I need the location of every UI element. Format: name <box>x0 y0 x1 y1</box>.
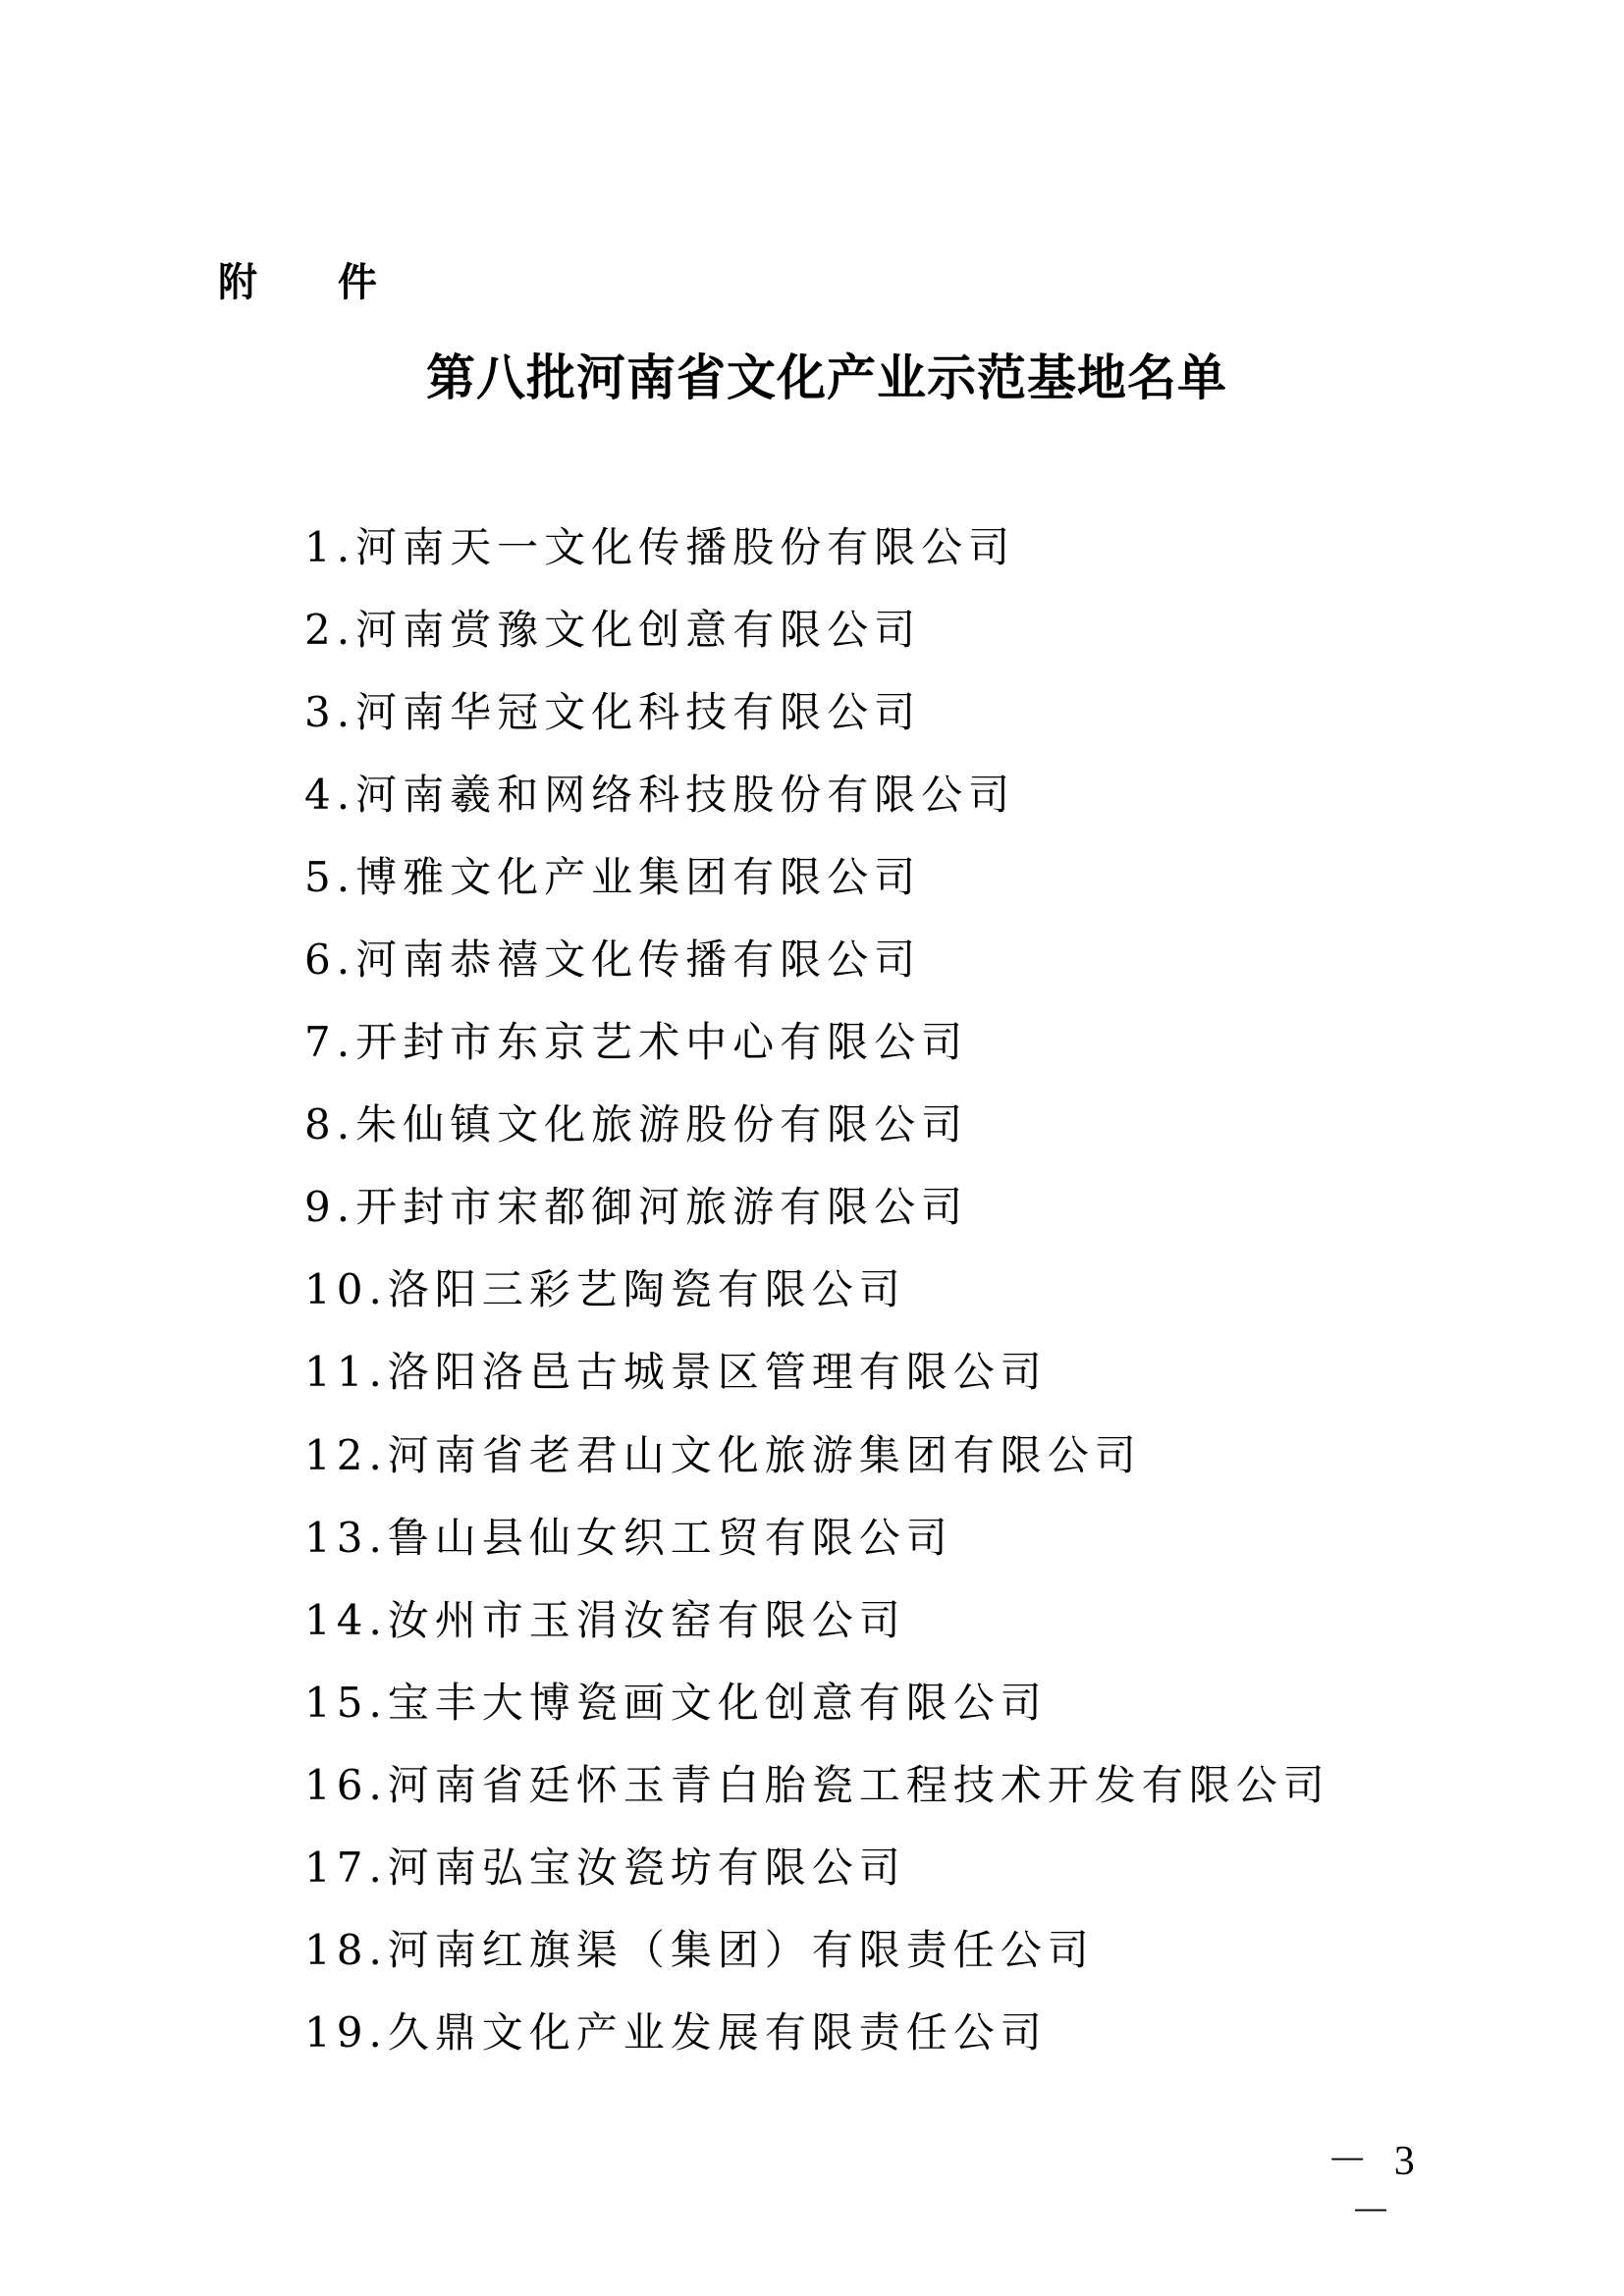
list-item: 2.河南赏豫文化创意有限公司 <box>304 601 1330 683</box>
company-list: 1.河南天一文化传播股份有限公司 2.河南赏豫文化创意有限公司 3.河南华冠文化… <box>304 518 1330 2086</box>
list-item: 16.河南省廷怀玉青白胎瓷工程技术开发有限公司 <box>304 1756 1330 1839</box>
list-item: 4.河南羲和网络科技股份有限公司 <box>304 766 1330 848</box>
title-text: 第八批河南省文化产业示范基地名单 <box>426 346 1227 410</box>
list-item: 5.博雅文化产业集团有限公司 <box>304 848 1330 931</box>
list-item: 13.鲁山县仙女织工贸有限公司 <box>304 1509 1330 1591</box>
list-item: 7.开封市东京艺术中心有限公司 <box>304 1013 1330 1095</box>
list-item: 8.朱仙镇文化旅游股份有限公司 <box>304 1095 1330 1178</box>
list-item: 11.洛阳洛邑古城景区管理有限公司 <box>304 1343 1330 1425</box>
list-item: 6.河南恭禧文化传播有限公司 <box>304 931 1330 1013</box>
list-item: 18.河南红旗渠（集团）有限责任公司 <box>304 1921 1330 2003</box>
list-item: 1.河南天一文化传播股份有限公司 <box>304 518 1330 601</box>
list-item: 15.宝丰大博瓷画文化创意有限公司 <box>304 1674 1330 1756</box>
list-item: 10.洛阳三彩艺陶瓷有限公司 <box>304 1260 1330 1343</box>
document-title: 第八批河南省文化产业示范基地名单 <box>0 346 1624 410</box>
page-number: － 3 － <box>1316 2136 1434 2238</box>
list-item: 3.河南华冠文化科技有限公司 <box>304 683 1330 766</box>
list-item: 12.河南省老君山文化旅游集团有限公司 <box>304 1426 1330 1509</box>
list-item: 17.河南弘宝汝瓷坊有限公司 <box>304 1839 1330 1921</box>
list-item: 9.开封市宋都御河旅游有限公司 <box>304 1178 1330 1260</box>
list-item: 19.久鼎文化产业发展有限责任公司 <box>304 2003 1330 2086</box>
attachment-label: 附 件 <box>218 257 410 308</box>
list-item: 14.汝州市玉涓汝窑有限公司 <box>304 1591 1330 1674</box>
